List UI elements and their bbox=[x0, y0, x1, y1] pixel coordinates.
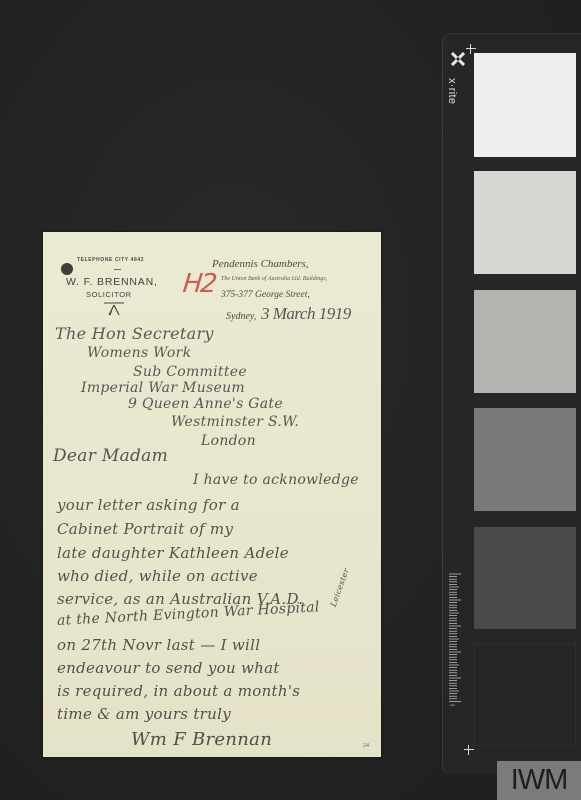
swatch-mid-grey bbox=[474, 290, 576, 393]
address-line: Womens Work bbox=[87, 345, 191, 361]
body-line: Cabinet Portrait of my bbox=[57, 520, 233, 538]
telephone-line: TELEPHONE CITY 4842 bbox=[77, 257, 144, 263]
page-number: 24 bbox=[363, 743, 369, 749]
xrite-logo-icon bbox=[451, 52, 465, 66]
mm-scale-ruler-icon bbox=[449, 573, 461, 703]
registration-mark-icon bbox=[464, 745, 474, 755]
address-line: Sub Committee bbox=[133, 364, 247, 380]
body-line: I have to acknowledge bbox=[193, 472, 359, 488]
date: 3 March 1919 bbox=[261, 304, 351, 324]
body-line: is required, in about a month's bbox=[57, 682, 300, 700]
punch-hole bbox=[61, 263, 73, 275]
scale-unit-label: mm bbox=[450, 703, 455, 707]
bank-building: The Union Bank of Australia Ltd. Buildin… bbox=[221, 276, 327, 282]
body-line: your letter asking for a bbox=[57, 496, 240, 514]
firm-title: SOLICITOR bbox=[86, 290, 132, 299]
address-line: Imperial War Museum bbox=[81, 380, 245, 396]
divider bbox=[114, 269, 121, 270]
swatch-light-grey bbox=[474, 171, 576, 274]
body-line: who died, while on active bbox=[57, 567, 258, 585]
city: Sydney, bbox=[226, 311, 256, 322]
swatch-dark-grey bbox=[474, 527, 576, 629]
address-line: 9 Queen Anne's Gate bbox=[128, 396, 283, 412]
archive-mark: H2 bbox=[181, 269, 216, 299]
salutation: Dear Madam bbox=[53, 446, 168, 466]
swatch-white bbox=[474, 53, 576, 157]
body-line: late daughter Kathleen Adele bbox=[57, 544, 289, 562]
iwm-watermark: IWM bbox=[497, 761, 581, 800]
chambers-name: Pendennis Chambers, bbox=[212, 258, 309, 270]
compass-emblem-icon bbox=[102, 302, 126, 316]
street-address: 375-377 George Street, bbox=[221, 290, 310, 300]
address-line: Westminster S.W. bbox=[171, 414, 299, 430]
letter-page: TELEPHONE CITY 4842 W. F. BRENNAN, SOLIC… bbox=[43, 232, 381, 757]
address-line: London bbox=[201, 433, 256, 449]
margin-note: Leicester bbox=[329, 567, 351, 608]
body-line: endeavour to send you what bbox=[57, 659, 280, 677]
body-line: time & am yours truly bbox=[57, 705, 231, 723]
body-line: on 27th Novr last — I will bbox=[57, 636, 260, 654]
firm-name: W. F. BRENNAN, bbox=[66, 276, 158, 288]
swatch-grey bbox=[474, 408, 576, 511]
swatch-black bbox=[474, 643, 576, 746]
address-line: The Hon Secretary bbox=[55, 324, 214, 343]
signature: Wm F Brennan bbox=[131, 729, 272, 750]
brand-label: x·rite bbox=[446, 78, 458, 104]
